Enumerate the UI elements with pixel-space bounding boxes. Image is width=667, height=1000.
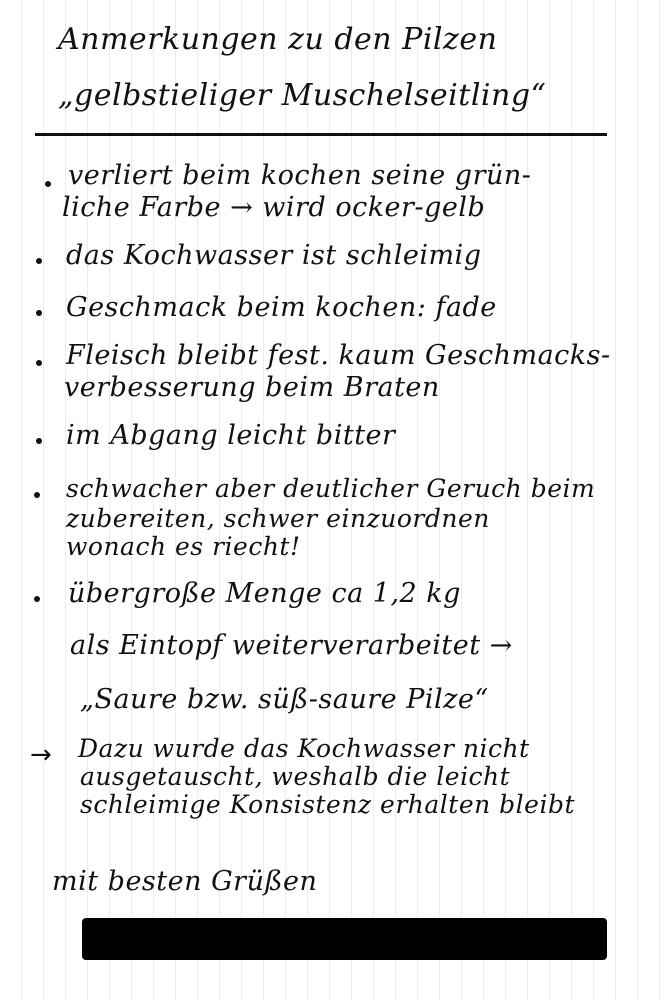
arrow-note-line-2: ausgetauscht, weshalb die leicht [80,762,510,791]
continuation-line-2: „Saure bzw. süß-saure Pilze“ [80,684,489,715]
note-4-line-1: Fleisch bleibt fest. kaum Geschmacks- [66,340,611,371]
note-1-line-2: liche Farbe → wird ocker-gelb [62,192,485,223]
arrow-note-line-3: schleimige Konsistenz erhalten bleibt [80,790,575,819]
continuation-line-1: als Eintopf weiterverarbeitet → [70,630,513,661]
redacted-signature [82,918,607,960]
closing-greeting: mit besten Grüßen [52,866,317,897]
note-6-line-3: wonach es riecht! [66,532,301,561]
bullet-icon [36,258,42,264]
bullet-icon [36,438,42,444]
note-1-line-1: verliert beim kochen seine grün- [68,160,531,191]
bullet-icon [34,492,40,498]
note-5-line-1: im Abgang leicht bitter [66,420,395,451]
note-7-line-1: übergroße Menge ca 1,2 kg [68,578,461,609]
title-line-2: „gelbstieliger Muschelseitling“ [58,78,546,113]
note-4-line-2: verbesserung beim Braten [64,372,440,403]
note-6-line-2: zubereiten, schwer einzuordnen [66,504,490,533]
title-line-1: Anmerkungen zu den Pilzen [58,22,497,57]
bullet-icon [45,181,51,187]
bullet-icon [34,596,40,602]
handwritten-note-page: Anmerkungen zu den Pilzen „gelbstieliger… [0,0,667,1000]
bullet-icon [36,310,42,316]
note-3-line-1: Geschmack beim kochen: fade [66,292,497,323]
arrow-right-icon: → [30,740,52,770]
title-underline [35,133,607,136]
note-6-line-1: schwacher aber deutlicher Geruch beim [66,474,595,503]
note-2-line-1: das Kochwasser ist schleimig [66,240,481,271]
bullet-icon [36,360,42,366]
arrow-note-line-1: Dazu wurde das Kochwasser nicht [78,734,530,763]
